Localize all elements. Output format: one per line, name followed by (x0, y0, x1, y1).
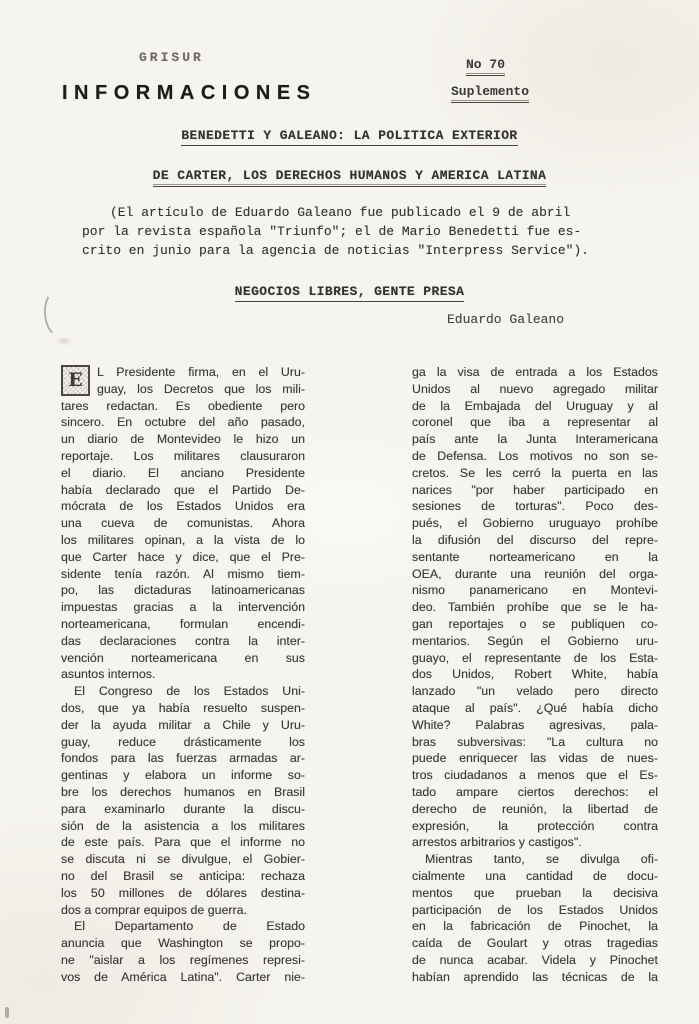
body-line: cialmente una cantidad de docu- (412, 868, 658, 885)
body-line: impuestas gracias a la intervención (61, 599, 305, 616)
org-name: GRISUR (139, 50, 204, 65)
body-line: norteamericana, formulan encendi- (61, 616, 305, 633)
issue-number: No 70 (466, 57, 505, 76)
body-line: das declaraciones contra la inter- (61, 633, 305, 650)
body-line: ga la visa de entrada a los Estados (412, 364, 658, 381)
body-line: anuncia que Washington se propo- (61, 935, 305, 952)
body-line: El Congreso de los Estados Uni- (61, 683, 305, 700)
body-column-right: ga la visa de entrada a los EstadosUnido… (412, 364, 658, 985)
body-line: sentante norteamericano en la (412, 549, 658, 566)
newsletter-logo: INFORMACIONES (62, 82, 317, 105)
body-line: pués, el Gobierno uruguayo prohíbe (412, 515, 658, 532)
headline-row-2: DE CARTER, LOS DERECHOS HUMANOS Y AMERIC… (0, 166, 699, 187)
body-line: fondos para las fuerzas armadas ar- (61, 750, 305, 767)
body-line: sidente tenía razón. Al mismo tiem- (61, 566, 305, 583)
body-line: puede enriquecer las vidas de nues- (412, 750, 658, 767)
issue-number-text: No 70 (466, 57, 505, 76)
body-line: los militares opinan, a la vista de lo (61, 532, 305, 549)
body-paragraph: El Congreso de los Estados Uni-dos, que … (61, 683, 305, 918)
body-line: habían aprendido las técnicas de la (412, 969, 658, 986)
body-line: la difusión del discurso del repre- (412, 532, 658, 549)
body-line: dos a comprar equipos de guerra. (61, 902, 305, 919)
body-line: coronel que iba a representar al (412, 414, 658, 431)
body-line: White? Palabras agresivas, pala- (412, 717, 658, 734)
body-line: bre los derechos humanos en Brasil (61, 784, 305, 801)
body-line: sión de la asistencia a los militares (61, 818, 305, 835)
article-title-row: NEGOCIOS LIBRES, GENTE PRESA (0, 282, 699, 302)
body-line: se discuta ni se divulgue, el Gobier- (61, 851, 305, 868)
body-line: para examinarlo durante la discu- (61, 801, 305, 818)
body-line: tado ampare ciertos derechos: el (412, 784, 658, 801)
body-line: tares redactan. Es obediente pero (61, 398, 305, 415)
body-line: reportaje. Los militares clausuraron (61, 448, 305, 465)
body-paragraph: ga la visa de entrada a los EstadosUnido… (412, 364, 658, 851)
body-line: sincero. En octubre del año pasado, (61, 414, 305, 431)
body-line: mócrata de los Estados Unidos era (61, 498, 305, 515)
article-author: Eduardo Galeano (447, 312, 564, 327)
body-line: L Presidente firma, en el Uru- (61, 364, 305, 381)
supplement-label-text: Suplemento (451, 84, 529, 103)
body-line: de nunca acabar. Videla y Pinochet (412, 952, 658, 969)
editorial-note-line: por la revista española "Triunfo"; el de… (82, 222, 616, 241)
body-line: vención norteamericana en sus (61, 650, 305, 667)
body-line: guayo, el representante de los Esta- (412, 650, 658, 667)
body-line: tros ciudadanos a menos que el Es- (412, 767, 658, 784)
scanned-newsletter-page: GRISUR INFORMACIONES No 70 Suplemento BE… (0, 0, 699, 1024)
body-line: mentos que prueban la decisiva (412, 885, 658, 902)
article-title: NEGOCIOS LIBRES, GENTE PRESA (235, 284, 465, 302)
body-line: caída de Goulart y otras tragedias (412, 935, 658, 952)
scan-artifact-edge-speck (5, 1007, 9, 1018)
body-line: de este país. Para que el informe no (61, 834, 305, 851)
body-line: deo. También prohíbe que se le ha- (412, 599, 658, 616)
body-line: un diario de Montevideo le hizo un (61, 431, 305, 448)
body-line: OEA, durante una reunión del orga- (412, 566, 658, 583)
body-line: de Defensa. Los motivos no son se- (412, 448, 658, 465)
body-line: asuntos internos. (61, 666, 305, 683)
body-line: cretos. Se les cerró la puerta en las (412, 465, 658, 482)
body-line: lanzado "un velado pero directo (412, 683, 658, 700)
editorial-note-line: (El artículo de Eduardo Galeano fue publ… (82, 203, 616, 222)
headline-line-1: BENEDETTI Y GALEANO: LA POLITICA EXTERIO… (181, 128, 517, 146)
body-line: derecho de reunión, la libertad de (412, 801, 658, 818)
body-line: no del Brasil se anticipa: rechaza (61, 868, 305, 885)
body-line: mentarios. Según el Gobierno uru- (412, 633, 658, 650)
body-line: der la ayuda militar a Chile y Uru- (61, 717, 305, 734)
body-line: po, las dictaduras latinoamericanas (61, 582, 305, 599)
body-line: participación de los Estados Unidos (412, 902, 658, 919)
body-line: Unidos al nuevo agregado militar (412, 381, 658, 398)
body-line: que Carter hace y dice, que el Pre- (61, 549, 305, 566)
drop-cap-initial: E (61, 365, 90, 396)
editorial-note: (El artículo de Eduardo Galeano fue publ… (82, 203, 616, 260)
body-line: vos de América Latina". Carter nie- (61, 969, 305, 986)
body-line: había declarado que el Partido De- (61, 482, 305, 499)
body-line: expresión, la protección contra (412, 818, 658, 835)
editorial-note-line: crito en junio para la agencia de notici… (82, 241, 616, 260)
body-line: nismo panamericano en Montevi- (412, 582, 658, 599)
body-line: Mientras tanto, se divulga ofi- (412, 851, 658, 868)
body-paragraph: El Departamento de Estadoanuncia que Was… (61, 918, 305, 985)
body-line: sesiones de torturas". Poco des- (412, 498, 658, 515)
body-paragraph: EL Presidente firma, en el Uru-guay, los… (61, 364, 305, 683)
body-line: narices "por haber participado en (412, 482, 658, 499)
body-line: ataque al país". ¿Qué había dicho (412, 700, 658, 717)
body-line: El Departamento de Estado (61, 918, 305, 935)
headline-line-2: DE CARTER, LOS DERECHOS HUMANOS Y AMERIC… (153, 168, 547, 187)
body-line: de la Embajada del Uruguay y al (412, 398, 658, 415)
body-line: una cueva de comunistas. Ahora (61, 515, 305, 532)
body-column-left: EL Presidente firma, en el Uru-guay, los… (61, 364, 305, 985)
body-line: bras subversivas: "La cultura no (412, 734, 658, 751)
scan-artifact-smudge (55, 336, 73, 346)
body-line: país ante la Junta Interamericana (412, 431, 658, 448)
supplement-label: Suplemento (451, 84, 529, 103)
headline-row-1: BENEDETTI Y GALEANO: LA POLITICA EXTERIO… (0, 126, 699, 146)
body-paragraph: Mientras tanto, se divulga ofi-cialmente… (412, 851, 658, 985)
body-line: dos, que ya había resuelto suspen- (61, 700, 305, 717)
body-line: guay, reduce drásticamente los (61, 734, 305, 751)
body-line: los 50 millones de dólares destina- (61, 885, 305, 902)
body-line: guay, los Decretos que los mili- (61, 381, 305, 398)
body-line: arrestos arbitrarios y castigos". (412, 834, 658, 851)
body-line: ne "aislar a los regímenes represi- (61, 952, 305, 969)
body-line: el diario. El anciano Presidente (61, 465, 305, 482)
body-line: gan reportajes o se publiquen co- (412, 616, 658, 633)
body-line: en la fabricación de Pinochet, la (412, 918, 658, 935)
body-line: gentinas y elabora un informe so- (61, 767, 305, 784)
body-line: dos Unidos, Robert White, había (412, 666, 658, 683)
